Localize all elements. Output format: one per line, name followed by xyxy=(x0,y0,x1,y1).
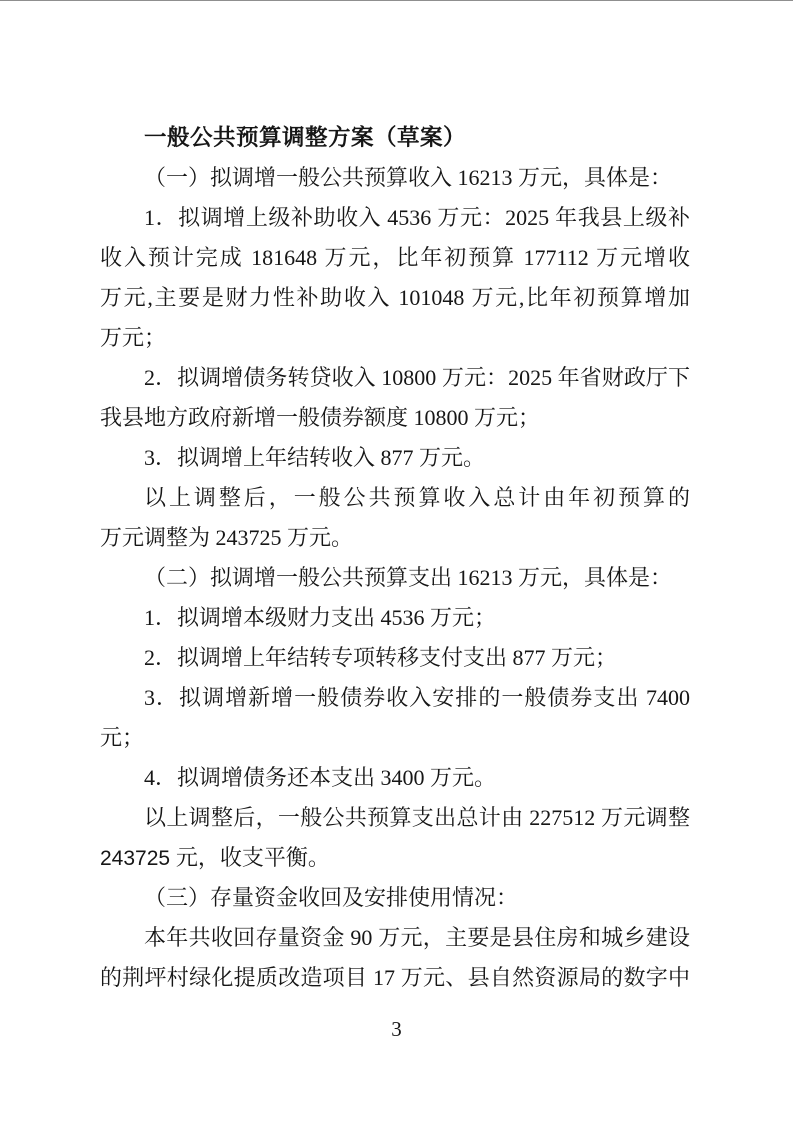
text-line: 万元调整为 243725 万元。 xyxy=(100,518,690,558)
para-income-adjustment-intro: （一）拟调增一般公共预算收入 16213 万元，具体是： xyxy=(100,158,690,198)
document-title: 一般公共预算调整方案（草案） xyxy=(100,118,690,158)
text-line: 3．拟调增新增一般债券收入安排的一般债券支出 7400 万 xyxy=(100,678,690,718)
para-expenditure-adjustment-intro: （二）拟调增一般公共预算支出 16213 万元，具体是： xyxy=(100,558,690,598)
text-line: （二）拟调增一般公共预算支出 16213 万元，具体是： xyxy=(100,558,690,598)
para-stock-funds-heading: （三）存量资金收回及安排使用情况： xyxy=(100,878,690,918)
text-line: 243725 元，收支平衡。 xyxy=(100,838,690,878)
para-item2-debt-onlending-income: 2．拟调增债务转贷收入 10800 万元：2025 年省财政厅下达我县地方政府新… xyxy=(100,358,690,438)
text-line: 3．拟调增上年结转收入 877 万元。 xyxy=(100,438,690,478)
document-body: 一般公共预算调整方案（草案） （一）拟调增一般公共预算收入 16213 万元，具… xyxy=(100,118,690,998)
paragraphs-container: （一）拟调增一般公共预算收入 16213 万元，具体是：1．拟调增上级补助收入 … xyxy=(100,158,690,998)
para-income-total-after-adjustment: 以上调整后，一般公共预算收入总计由年初预算的 227512万元调整为 24372… xyxy=(100,478,690,558)
text-line: 以上调整后，一般公共预算收入总计由年初预算的 227512 xyxy=(100,478,690,518)
para-stock-funds-detail: 本年共收回存量资金 90 万元，主要是县住房和城乡建设局的荆坪村绿化提质改造项目… xyxy=(100,918,690,998)
para-item3-carryover-income: 3．拟调增上年结转收入 877 万元。 xyxy=(100,438,690,478)
text-line: 4．拟调增债务还本支出 3400 万元。 xyxy=(100,758,690,798)
text-segment: 元，收支平衡。 xyxy=(176,845,330,870)
para-item3-general-bond-expenditure: 3．拟调增新增一般债券收入安排的一般债券支出 7400 万元； xyxy=(100,678,690,758)
text-line: 以上调整后，一般公共预算支出总计由 227512 万元调整为 xyxy=(100,798,690,838)
text-line: 2．拟调增债务转贷收入 10800 万元：2025 年省财政厅下达 xyxy=(100,358,690,398)
text-line: 万元,主要是财力性补助收入 101048 万元,比年初预算增加 4536 xyxy=(100,278,690,318)
para-item4-debt-principal-repayment: 4．拟调增债务还本支出 3400 万元。 xyxy=(100,758,690,798)
text-line: 本年共收回存量资金 90 万元，主要是县住房和城乡建设局 xyxy=(100,918,690,958)
document-page: { "page": { "background_color": "#ffffff… xyxy=(0,0,793,1122)
para-item1-superior-subsidy-income: 1．拟调增上级补助收入 4536 万元：2025 年我县上级补助收入预计完成 1… xyxy=(100,198,690,358)
page-number: 3 xyxy=(0,1014,793,1044)
text-line: （三）存量资金收回及安排使用情况： xyxy=(100,878,690,918)
para-expenditure-total-after-adjustment: 以上调整后，一般公共预算支出总计由 227512 万元调整为243725 元，收… xyxy=(100,798,690,878)
para-item1-local-fiscal-expenditure: 1．拟调增本级财力支出 4536 万元； xyxy=(100,598,690,638)
text-line: 1．拟调增本级财力支出 4536 万元； xyxy=(100,598,690,638)
adjusted-total-figure: 243725 xyxy=(100,847,176,870)
text-line: 万元； xyxy=(100,318,690,358)
text-line: 2．拟调增上年结转专项转移支付支出 877 万元； xyxy=(100,638,690,678)
text-line: 1．拟调增上级补助收入 4536 万元：2025 年我县上级补助 xyxy=(100,198,690,238)
text-line: 元； xyxy=(100,718,690,758)
para-item2-carryover-transfer-payment-expenditure: 2．拟调增上年结转专项转移支付支出 877 万元； xyxy=(100,638,690,678)
text-line: （一）拟调增一般公共预算收入 16213 万元，具体是： xyxy=(100,158,690,198)
scan-edge-artifact xyxy=(0,0,793,1)
text-line: 收入预计完成 181648 万元，比年初预算 177112 万元增收 4536 xyxy=(100,238,690,278)
text-line: 我县地方政府新增一般债券额度 10800 万元； xyxy=(100,398,690,438)
text-line: 的荆坪村绿化提质改造项目 17 万元、县自然资源局的数字中方 xyxy=(100,958,690,998)
